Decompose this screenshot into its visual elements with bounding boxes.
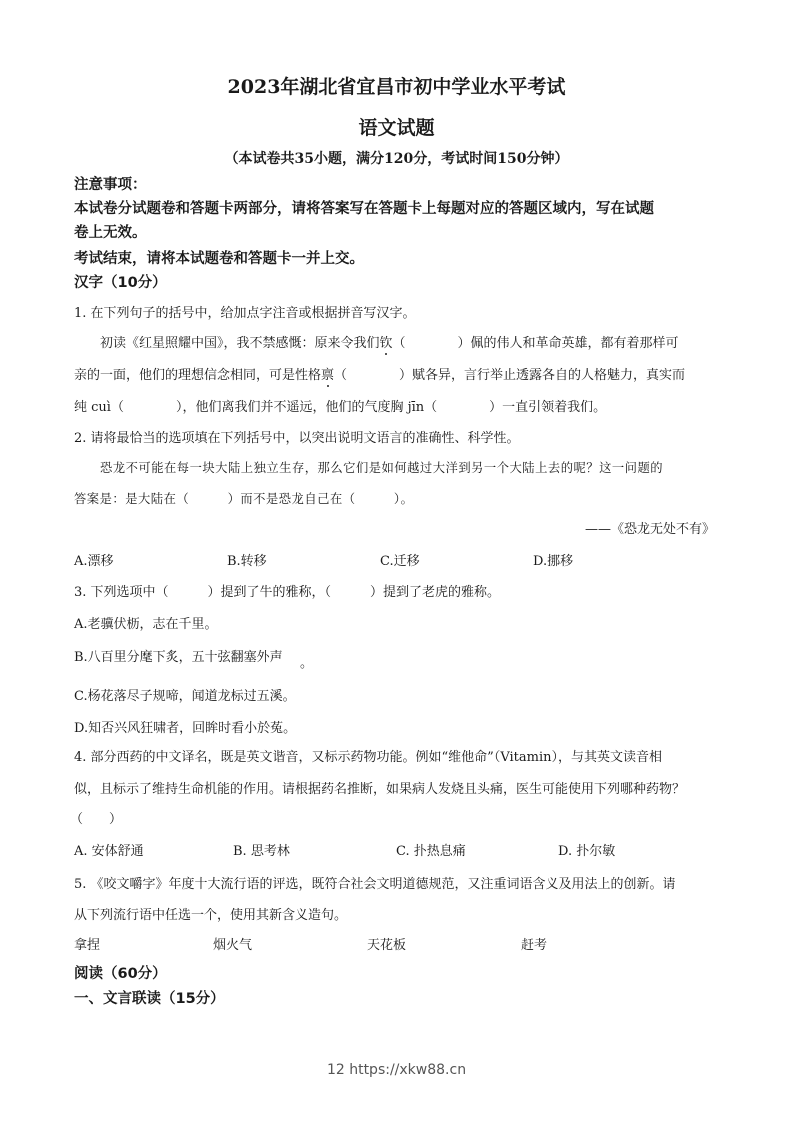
exam-info: （本试卷共35小题，满分120分，考试时间150分钟）: [0, 148, 793, 168]
passage-text: （ ）赋各异，言行举止透露各自的人格魅力，真实而: [334, 368, 685, 383]
question-2-stem: 2. 请将最恰当的选项填在下列括号中，以突出说明文语言的准确性、科学性。: [74, 427, 520, 446]
section-wenyan-heading: 一、文言联读（15分）: [74, 987, 225, 1008]
question-3-option-b-period: 。: [300, 652, 313, 671]
question-2-option-a: A.漂移: [74, 550, 114, 569]
question-5-word-4: 赶考: [521, 934, 547, 953]
question-3-stem: 3. 下列选项中（ ）提到了牛的雅称，（ ）提到了老虎的雅称。: [74, 581, 500, 600]
question-2-source: ——《恐龙无处不有》: [585, 518, 715, 537]
question-2-passage-line-1: 恐龙不可能在每一块大陆上独立生存，那么它们是如何越过大洋到另一个大陆上去的呢？这…: [100, 458, 663, 476]
question-4-answer-paren: （ ）: [70, 808, 122, 827]
question-1-passage-line-2: 亲的一面，他们的理想信念相同，可是性格禀（ ）赋各异，言行举止透露各自的人格魅力…: [74, 364, 685, 383]
question-5-line-2: 从下列流行语中任选一个，使用其新含义造句。: [74, 904, 347, 923]
question-2-option-b: B.转移: [227, 550, 267, 569]
question-2-option-d: D.挪移: [533, 550, 573, 569]
exam-title: 2023年湖北省宜昌市初中学业水平考试: [0, 72, 793, 99]
passage-text: 亲的一面，他们的理想信念相同，可是性格: [74, 368, 321, 383]
question-5-word-3: 天花板: [367, 934, 406, 953]
section-hanzi-heading: 汉字（10分）: [74, 271, 167, 292]
notice-line-2: 卷上无效。: [74, 221, 147, 242]
notice-line-3: 考试结束，请将本试题卷和答题卡一并上交。: [74, 247, 364, 268]
dotted-character: 禀: [321, 368, 334, 383]
question-1-passage-line-3: 纯 cuì（ ），他们离我们并不遥远，他们的气度胸 jīn（ ）一直引领着我们。: [74, 396, 606, 415]
subject-title: 语文试题: [0, 113, 793, 140]
notice-line-1: 本试卷分试题卷和答题卡两部分，请将答案写在答题卡上每题对应的答题区域内，写在试题: [74, 197, 654, 218]
section-reading-heading: 阅读（60分）: [74, 962, 167, 983]
question-4-option-c: C. 扑热息痛: [396, 840, 466, 859]
question-4-line-2: 似，且标示了维持生命机能的作用。请根据药名推断，如果病人发烧且头痛，医生可能使用…: [74, 778, 685, 797]
passage-text: （ ）佩的伟人和革命英雄，都有着那样可: [393, 336, 679, 351]
question-5-line-1: 5. 《咬文嚼字》年度十大流行语的评选，既符合社会文明道德规范，又注重词语含义及…: [74, 873, 676, 892]
question-3-option-b: B.八百里分麾下炙，五十弦翻塞外声: [74, 646, 283, 665]
question-1-stem: 1. 在下列句子的括号中，给加点字注音或根据拼音写汉字。: [74, 302, 416, 321]
question-5-word-2: 烟火气: [213, 934, 252, 953]
dotted-character: 钦: [380, 336, 393, 351]
question-3-option-d: D.知否兴风狂啸者，回眸时看小於菟。: [74, 717, 296, 736]
question-3-option-a: A.老骥伏枥，志在千里。: [74, 613, 218, 632]
passage-text: 初读《红星照耀中国》，我不禁感慨：原来令我们: [100, 336, 380, 351]
notice-heading: 注意事项：: [74, 173, 147, 194]
page-footer: 12 https://xkw88.cn: [0, 1062, 793, 1078]
question-4-line-1: 4. 部分西药的中文译名，既是英文谐音，又标示药物功能。例如“维他命”（Vita…: [74, 746, 662, 765]
question-4-option-b: B. 思考林: [233, 840, 290, 859]
question-2-option-c: C.迁移: [380, 550, 420, 569]
question-2-passage-line-2: 答案是：是大陆在（ ）而不是恐龙自己在（ ）。: [74, 489, 413, 507]
question-4-option-d: D. 扑尔敏: [558, 840, 615, 859]
question-1-passage-line-1: 初读《红星照耀中国》，我不禁感慨：原来令我们钦（ ）佩的伟人和革命英雄，都有着那…: [100, 332, 679, 351]
question-4-option-a: A. 安体舒通: [74, 840, 144, 859]
question-5-word-1: 拿捏: [74, 934, 100, 953]
question-3-option-c: C.杨花落尽子规啼，闻道龙标过五溪。: [74, 685, 296, 704]
